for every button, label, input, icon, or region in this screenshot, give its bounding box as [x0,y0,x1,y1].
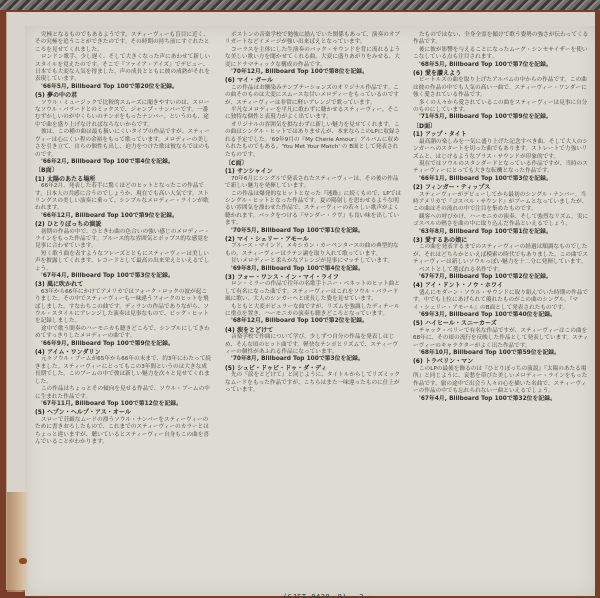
track-heading: (1) アップ・タイト [413,131,589,138]
paragraph: ロン・ミラーの作品で往年の名歌手トニー・ベネットのヒット曲として有名になった曲で… [225,281,401,303]
side-heading: 〔D面〕 [413,123,589,130]
paragraph: スローで荘厳なムードの漂うソウル・ナンバーをスティーヴィーのために書きおろしたも… [35,417,211,447]
paragraph: 元々ソウル・ブームが65年から66年の末まで、約3年にわたって続きました。スティ… [35,356,211,386]
paragraph: ボストンの音楽学校で勉強に励んでいた関係もあって、演奏のオブリガートなどイメージ… [225,32,401,47]
billboard-chart-note: '63年8月, Billboard Top 100で第1位を記録。 [413,229,589,236]
paragraph: 63年から66年にかけてアメリカではフォーク・ロックの波が起こりました。その中で… [35,289,211,326]
billboard-chart-note: '67年4月, Billboard Top 100で第3位を記録。 [35,273,211,280]
track-heading: (5) ヘプン・ヘルプ・アス・オール [35,409,211,416]
paragraph: 究極となるものでもあるようです。スティーヴィーも盲目に近く、その究極を追うことが… [35,32,211,54]
track-heading: (5) ハイヒール・スニーカーズ [413,320,589,327]
insert-sheet: 究極となるものでもあるようです。スティーヴィーも盲目に近く、その究極を追うことが… [6,12,595,590]
paragraph: 音楽学校で作曲について学び、少しずつ自分の作品を発表しはじめ、そんな頃のヒット曲… [225,334,401,356]
paper-stain-spot [19,558,27,564]
paragraph: 平凡なメロディーを平凡に歌わずに聴かせるスティーヴィー。そこに独特な個性と表現力… [225,107,401,122]
paragraph: 甘いメロディーと柔らかなアレンジが見事にマッチしています。 [225,258,401,265]
paragraph: このLPの最後を飾るのは『ひとりぼっちの演説』『太陽のあたる場所』と同じように、… [413,366,589,396]
billboard-chart-note: '66年2月, Billboard Top 100で第4位を記録。 [35,159,211,166]
paragraph: たものではない、全身全霊を傾けて歌う姿勢の強さが伝わってくる作品です。 [413,32,589,47]
paragraph: もともと大変ポピュラーな曲ですが、リズムを強調したディテールに重点を置き、ハーモ… [225,304,401,319]
paragraph: 短く歌う曲を表すようなフレーズとともにスティーヴィーは美しい声を披露してくれます… [35,251,211,273]
billboard-chart-note: '69年3月, Billboard Top 100で第40位を記録。 [413,312,589,319]
billboard-chart-note: '71年5月, Billboard Top 100で第9位を記録。 [413,114,589,121]
billboard-chart-note: '66年12月, Billboard Top 100で第9位を記録。 [35,213,211,220]
billboard-chart-note: '67年7月, Billboard Top 100で第2位を記録。 [413,274,589,281]
paragraph: ロンドン歌手、少し遅く、そして大きくなった声にあわせて新しいスタイルを覚えたので… [35,54,211,84]
paragraph: 途中で歌う間奏のハーモニカも聴きどころで、シンプルにしてきわめてすっきりしたメロ… [35,326,211,341]
billboard-chart-note: '67年11月, Billboard Top 100で第12位を記録。 [35,401,211,408]
paragraph: この曲を発表するまでのスティーヴィーの経過は順調なものでしたが、それはどちらかと… [413,244,589,266]
billboard-chart-note: '70年5月, Billboard Top 100で第1位を記録。 [225,228,401,235]
paragraph: 後に彼が影響を与えることになったムーグ・シンセサイザーを使いこなしている点も注目… [413,47,589,62]
liner-notes-page: 究極となるものでもあるようです。スティーヴィーも盲目に近く、その究極を追うことが… [25,26,595,596]
side-heading: 〔C面〕 [225,160,401,167]
paragraph: ブルース・マインド、メキシカン・カーペンタースの曲の典型的なもの。スティーヴィー… [225,243,401,258]
paragraph: ベストとして選ばれる名作です。 [413,267,589,274]
track-heading: (5) 夢の中の君 [35,92,211,99]
track-heading: (2) ひとりぼっちの演説 [35,221,211,228]
paragraph: 70年6月にシングルで発表されたスティーヴィーは、その後の作品で新しい魅力を発揮… [225,176,401,191]
billboard-chart-note: '66年1月, Billboard Top 100で第3位を記録。 [413,176,589,183]
paragraph: ビートルズの曲を取り上げたアルバムの中からの作品です。この曲は彼の作品の中でも人… [413,77,589,99]
paragraph: 先の『涙をとどけて』と同じように、タイトルからしてリズミックなムードをもった作品… [225,372,401,394]
paragraph: スティーヴィーがデビューしてから最初のシングル・ナンバー。当時アメリカで『ゴスペ… [413,192,589,214]
paragraph: ソウル・ミュージックで比較的スムーズに聞きやすいのは、スローなソウル・バラードと… [35,100,211,130]
paragraph: この作品はちょっとその傾向を見せる作品で、ソウル・ブームの中に生まれた作品です。 [35,386,211,401]
paragraph: 最高潮の楽しみを一気に盛り上げた記念すべき曲。そして大人のシンガーへのスタートを… [413,139,589,161]
billboard-chart-note: '68年5月, Billboard Top 100で第7位を記録。 [413,62,589,69]
paper-stain [7,492,29,592]
catalog-footer: (SJET 8438－9) －2－ [283,592,372,598]
paragraph: コーラスを主体にした生演奏のバック・サウンドを背に流れるような美しい歌い方を聞か… [225,47,401,69]
track-heading: (3) 風に吹かれて [35,281,211,288]
paragraph: 66年2月、発表した若手に驚くほどのヒットとなったこの作品です。日本人の共感に合… [35,183,211,213]
track-heading: (6) マイ・ガール [225,77,401,84]
column-1: 究極となるものでもあるようです。スティーヴィーも盲目に近く、その究極を追うことが… [35,32,211,446]
billboard-chart-note: '70年8月, Billboard Top 100で第3位を記録。 [225,356,401,363]
column-3: たものではない、全身全霊を傾けて歌う姿勢の強さが伝わってくる作品です。後に彼が影… [413,32,589,404]
billboard-chart-note: '66年5月, Billboard Top 100で第20位を記録。 [35,84,211,91]
paragraph: 多くの人々から愛されているこの曲をスティーヴィーは見事に自分のものにしています。 [413,100,589,115]
billboard-chart-note: '70年12月, Billboard Top 100で第8位を記録。 [225,69,401,76]
paragraph: 初期の作品の中で、ひときわ曲の色合いの強い感じのメロディー・ラインをもった作品で… [35,229,211,251]
track-heading: (4) アイ・ドント・ノウ・ホワイ [413,282,589,289]
track-heading: (1) サンシャイン [225,168,401,175]
paragraph: チャック・ベリーで有名な作品ですが、スティーヴィーはこの曲を68年に、その頃の流… [413,328,589,350]
track-heading: (6) トラベリン・マン [413,358,589,365]
column-2: ボストンの音楽学校で勉強に励んでいた関係もあって、演奏のオブリガートなどイメージ… [225,32,401,395]
billboard-chart-note: '66年9月, Billboard Top 100で第9位を記録。 [35,341,211,348]
paragraph: 観客への呼びかけ、ハーモニカの演奏、そして強烈なリズム。実にゴスペルの熱さを曲の… [413,214,589,229]
paragraph: この作品は爆発的なヒットとなった『迷路』に続くもので、LPではシングル・ヒットと… [225,191,401,228]
billboard-chart-note: '67年4月, Billboard Top 100で第32位を記録。 [413,396,589,403]
paragraph: 現在ではソウルのスタンダードとなっている作品ですが、当時のスティーヴィーにとって… [413,161,589,176]
side-heading: 〔B面〕 [35,167,211,174]
track-heading: (2) フィンガー・ティップス [413,184,589,191]
paragraph: 彼は、この種の曲は最も扱いにくいタイプの作品ですが、スティーヴィーは心にくい程の… [35,129,211,159]
paragraph: オリジナルの雰囲気を損なわずに新しい魅力を見せてくれます。この曲はシングル・ヒッ… [225,122,401,159]
paragraph: 盛んにモダーン・ソウル・サウンドに取り組んでいた時期の作品です。中でも上位にあげ… [413,290,589,312]
billboard-chart-note: '69年8月, Billboard Top 100で第4位を記録。 [225,266,401,273]
track-heading: (1) 太陽のあたる場所 [35,176,211,183]
paragraph: この作品はお馴染みテンプテーションズのオリジナル作品です。この曲そのものは大変に… [225,85,401,107]
billboard-chart-note: '68年10月, Billboard Top 100で第59位を記録。 [413,350,589,357]
billboard-chart-note: '68年12月, Billboard Top 100で第2位を記録。 [225,318,401,325]
